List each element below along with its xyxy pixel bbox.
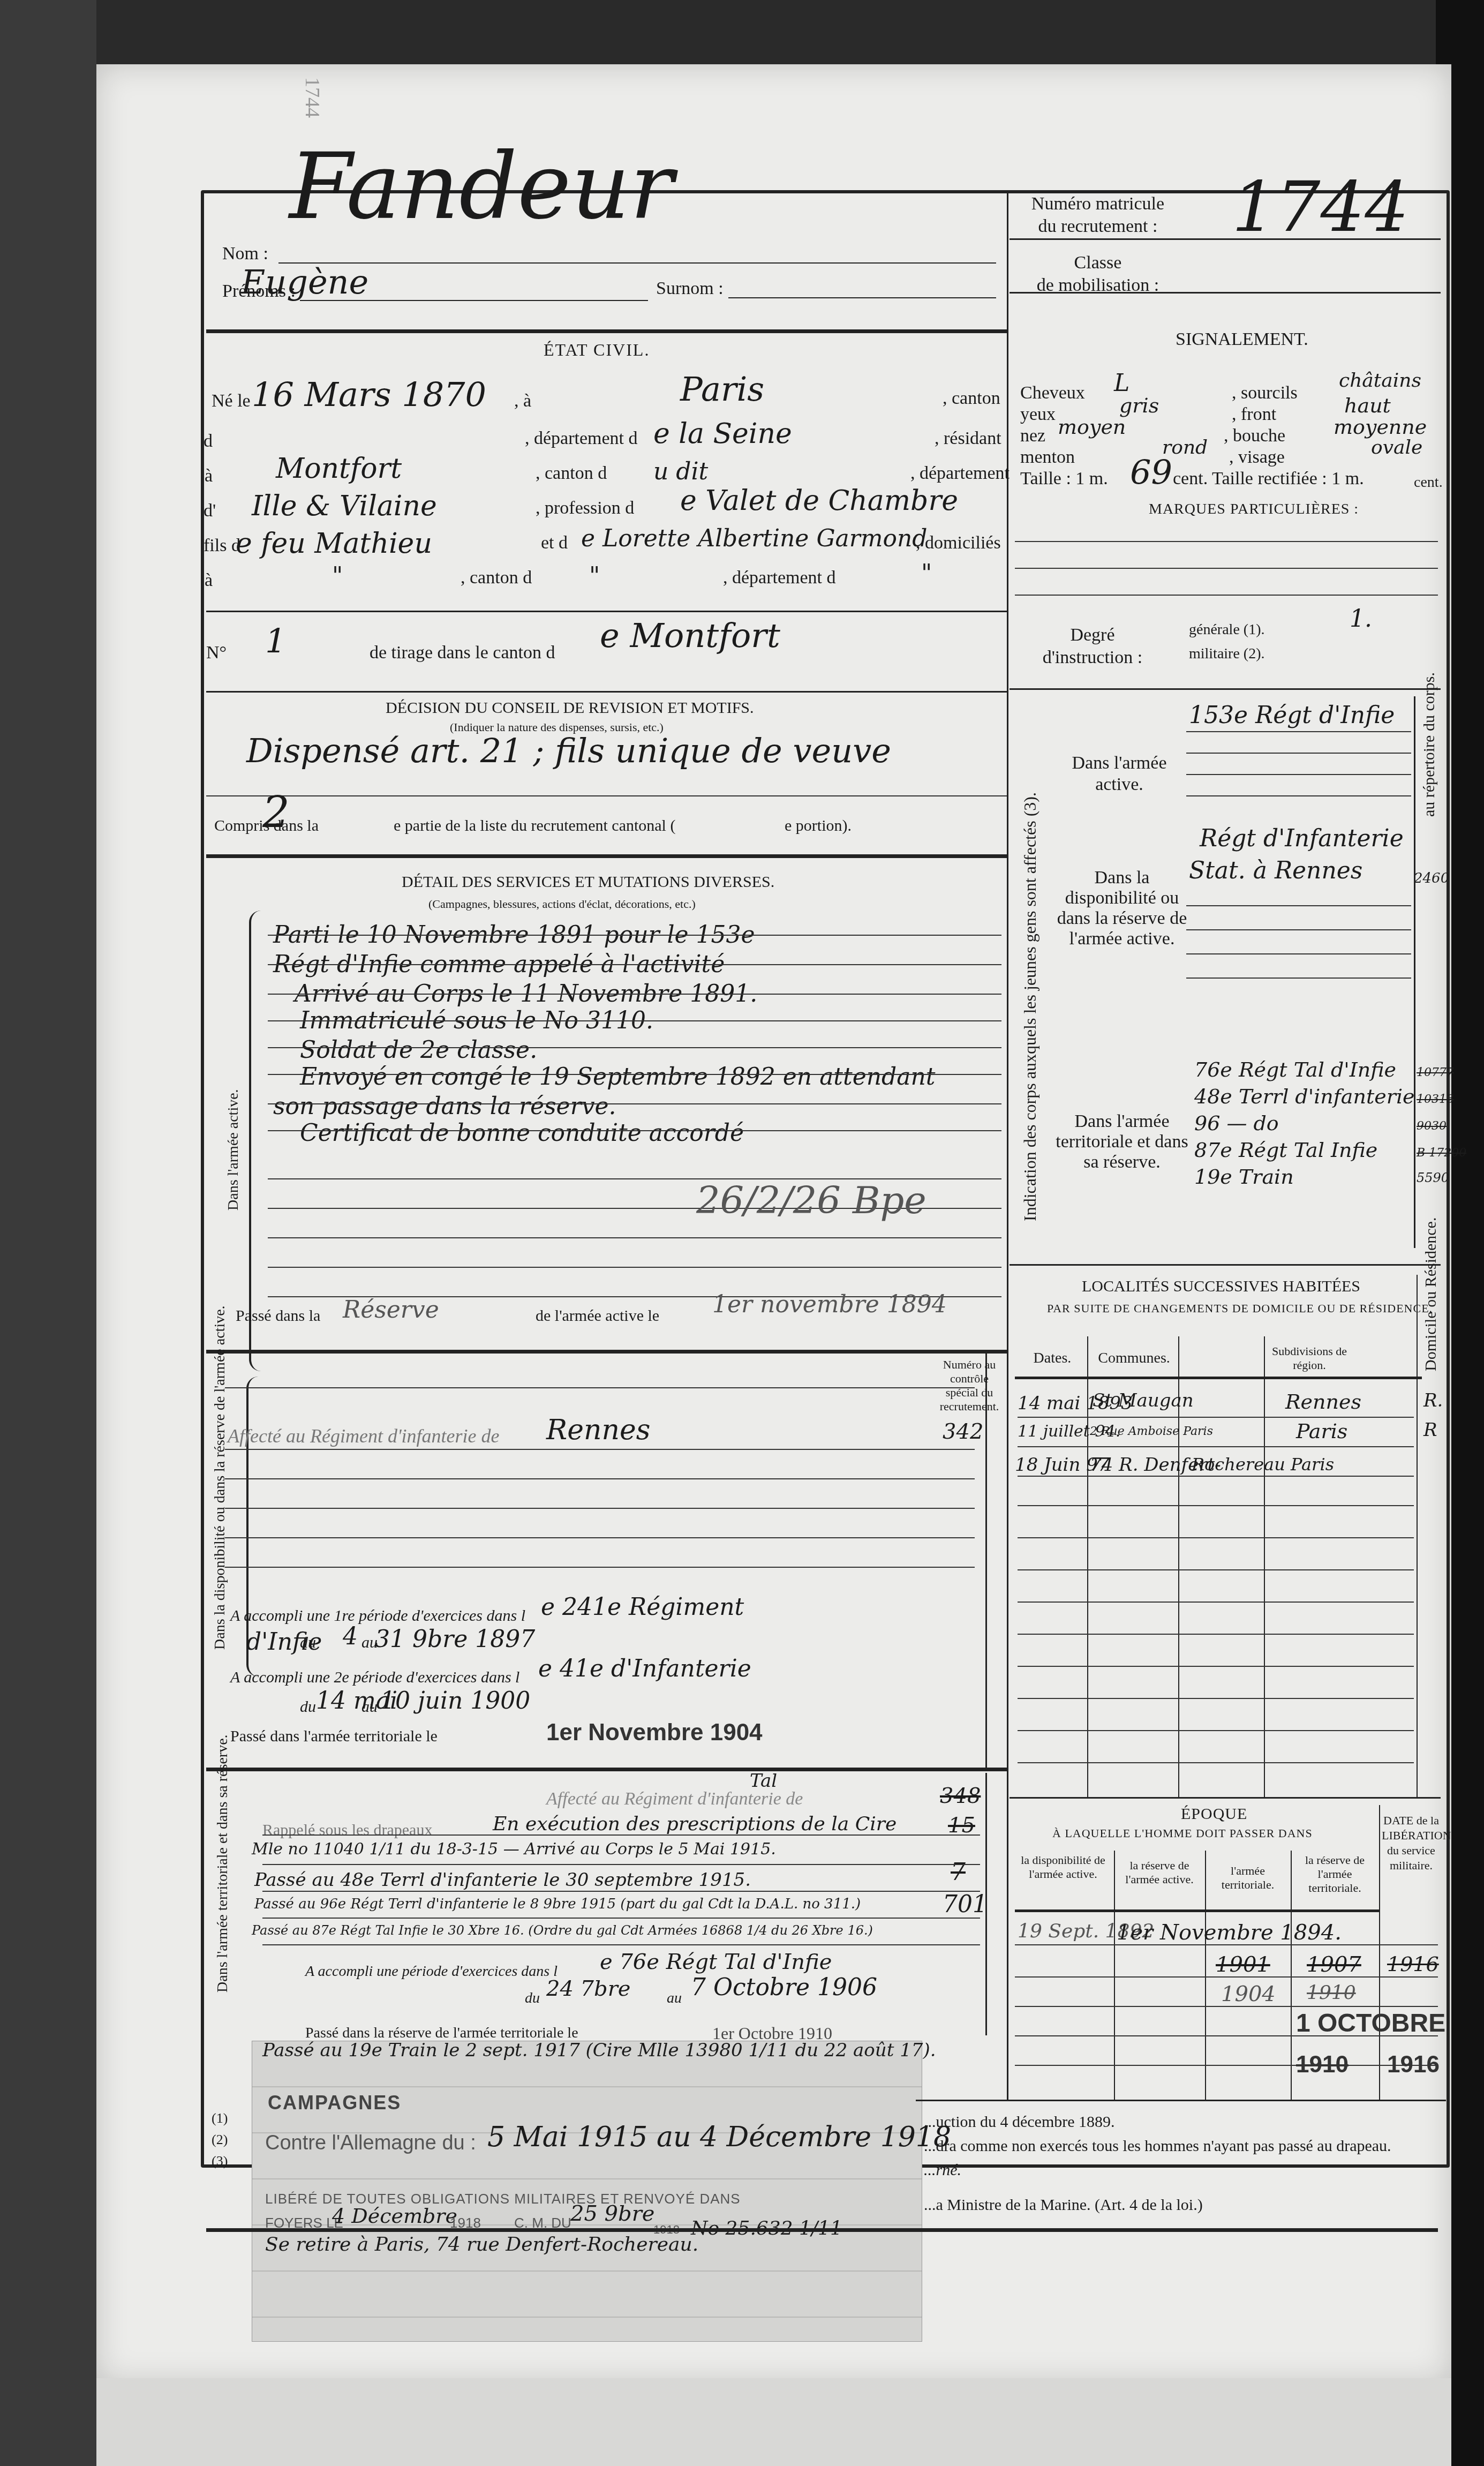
footnote-marker-2: (2) — [212, 2129, 233, 2151]
epoque-territoriale-value: 1904 — [1221, 1982, 1276, 2006]
localites-divider-top — [1010, 1264, 1441, 1266]
yeux-label: yeux — [1020, 404, 1056, 425]
taille-label: Taille : 1 m. — [1020, 469, 1108, 489]
periode2-value: e 41e d'Infanterie — [538, 1655, 751, 1682]
surnom-label: Surnom : — [656, 279, 724, 299]
epoque-reserve-terr-struck-0: 1907 — [1307, 1952, 1361, 1977]
localites-row-1-commune: 2 Rue Amboise Paris — [1090, 1425, 1213, 1438]
residant-label: , résidant — [935, 428, 1001, 449]
departement3-label: , département d — [723, 568, 836, 588]
services-line-5: Envoyé en congé le 19 Septembre 1892 en … — [300, 1063, 936, 1091]
cheveux-value: L — [1114, 370, 1129, 397]
localites-row-1-dr: R — [1423, 1419, 1437, 1441]
domicilies-label: , domiciliés — [916, 533, 1001, 553]
marques-line-2 — [1015, 568, 1438, 569]
yeux-value: gris — [1119, 394, 1159, 417]
matricule-label: Numéro matricule du recrutement : — [1018, 193, 1178, 238]
decision-title: DÉCISION DU CONSEIL DE REVISION ET MOTIF… — [386, 699, 754, 717]
nez-label: nez — [1020, 426, 1045, 446]
et-d-label: et d — [541, 533, 568, 553]
corps-line — [1186, 905, 1411, 906]
visage-label: , visage — [1229, 447, 1285, 468]
portion-label: e portion). — [785, 817, 852, 835]
terr-periode-au-label: au — [667, 1990, 682, 2007]
ne-le-label: Né le — [212, 391, 251, 411]
cent-label: cent. — [1414, 474, 1443, 491]
disponibilite-bottom-divider — [206, 1768, 1007, 1771]
localites-col-divider — [1417, 1275, 1418, 1797]
classe-divider — [1010, 292, 1441, 294]
liberation-header: DATE de la LIBÉRATION du service militai… — [1382, 1813, 1441, 1873]
terr-numero-3: 701 — [943, 1891, 988, 1918]
epoque-col-territoriale: l'armée territoriale. — [1208, 1864, 1288, 1892]
localites-row-line — [1018, 1634, 1414, 1635]
front-label: , front — [1232, 404, 1276, 425]
passe-reserve-date: 1er novembre 1894 — [712, 1291, 947, 1318]
sourcils-value: châtains — [1339, 370, 1421, 392]
corps-terr-entry-3: 87e Régt Tal Infie — [1194, 1138, 1377, 1162]
services-line — [268, 964, 1001, 965]
numero-column-divider — [1414, 696, 1415, 1248]
localites-subtitle: PAR SUITE DE CHANGEMENTS DE DOMICILE OU … — [1047, 1302, 1433, 1315]
signalement-title: SIGNALEMENT. — [1176, 329, 1308, 350]
localites-col-domicile: Domicile ou Résidence. — [1422, 1217, 1440, 1371]
corps-dispo-entry-1: Stat. à Rennes — [1189, 857, 1362, 884]
corps-terr-entry-0: 76e Régt Tal d'Infie — [1194, 1058, 1396, 1081]
services-line — [268, 1267, 1001, 1268]
footnote-line-3: ...a Ministre de la Marine. (Art. 4 de l… — [924, 2196, 1203, 2214]
footnote-marker-3: (3) — [212, 2151, 233, 2172]
terr-numero-2: 7 — [951, 1859, 966, 1886]
periode2-au: 10 juin 1900 — [380, 1687, 530, 1715]
footnote-line-2: ...rné. — [924, 2161, 961, 2179]
epoque-header-rule — [1015, 1909, 1379, 1912]
nom-label: Nom : — [222, 244, 268, 264]
epoque-row-line — [1015, 2035, 1438, 2036]
slip-contre-label: Contre l'Allemagne du : — [265, 2132, 476, 2155]
epoque-row-line — [1015, 1976, 1438, 1978]
localites-row-line — [1018, 1537, 1414, 1538]
a3-value: " — [332, 562, 343, 590]
slip-train-line: Passé au 19e Train le 2 sept. 1917 (Cire… — [262, 2040, 936, 2061]
localites-row-line — [1018, 1602, 1414, 1603]
nom-line — [278, 262, 996, 264]
services-line — [268, 1237, 1001, 1238]
taille-value: 69 — [1130, 453, 1172, 492]
a3-label: à — [205, 570, 213, 591]
matricule-label-2: du recrutement : — [1018, 215, 1178, 238]
epoque-territoriale-struck: 1901 — [1216, 1952, 1270, 1977]
slip-cm-value: 25 9bre — [570, 2201, 654, 2226]
territoriale-side-label: Dans l'armée territoriale et dans sa rés… — [214, 1734, 231, 1993]
corps-line — [1186, 753, 1411, 754]
tirage-canton-value: e Montfort — [600, 616, 780, 655]
terr-line-4: Passé au 87e Régt Tal Infie le 30 Xbre 1… — [252, 1923, 873, 1938]
page-bottom-edge — [96, 2378, 1451, 2466]
a2-label: à — [205, 466, 213, 486]
corps-terr-entry-4: 19e Train — [1194, 1165, 1294, 1189]
nom-value: Fandeur — [289, 134, 673, 240]
services-annotation: 26/2/26 Bpe — [696, 1178, 926, 1222]
services-line — [268, 935, 1001, 936]
liberation-struck: 1916 — [1387, 1952, 1439, 1976]
terr-line-3: Passé au 96e Régt Terrl d'infanterie le … — [254, 1896, 861, 1912]
decision-value: Dispensé art. 21 ; fils unique de veuve — [246, 731, 891, 770]
instruction-divider — [1015, 595, 1438, 596]
services-line — [268, 1047, 1001, 1048]
corps-affectes-vertical-label: Indication des corps auxquels les jeunes… — [1020, 792, 1040, 1221]
services-line — [268, 1130, 1001, 1131]
slip-foyers-value: 4 Décembre — [332, 2204, 457, 2228]
canton3-label: , canton d — [461, 568, 532, 588]
slip-contre-value: 5 Mai 1915 au 4 Décembre 1918 — [487, 2121, 951, 2153]
localites-row-line — [1018, 1569, 1414, 1570]
terr-periode-label: A accompli une période d'exercices dans … — [305, 1963, 558, 1980]
terr-line-1: Mle no 11040 1/11 du 18-3-15 — Arrivé au… — [252, 1840, 776, 1859]
prenoms-value: Eugène — [241, 262, 368, 302]
dispo-line — [225, 1508, 975, 1509]
localites-row-line — [1018, 1476, 1414, 1477]
terr-periode-au: 7 Octobre 1906 — [691, 1974, 877, 2001]
corps-dispo-number-0: 2460 — [1414, 870, 1449, 886]
passe-territoriale-label: Passé dans l'armée territoriale le — [230, 1727, 438, 1746]
dispo-affecte-label: Affecté au Régiment d'infanterie de — [228, 1425, 500, 1447]
epoque-reserve-active-value: 1er Novembre 1894. — [1117, 1920, 1342, 1945]
dispo-line — [225, 1537, 975, 1538]
numero-repertoire-label: au répertoire du corps. — [1420, 672, 1438, 817]
epoque-reserve-terr-struck-1: 1910 — [1307, 1982, 1356, 2004]
terr-periode-value: e 76e Régt Tal d'Infie — [600, 1950, 832, 1974]
corps-line — [1186, 978, 1411, 979]
terr-line — [262, 1835, 980, 1836]
epoque-row-line — [1015, 2006, 1438, 2007]
tirage-divider-top — [206, 611, 1007, 612]
services-line-4: Soldat de 2e classe. — [300, 1036, 537, 1064]
etat-civil-title: ÉTAT CIVIL. — [544, 340, 650, 360]
d2-label: d' — [204, 501, 216, 521]
corps-line — [1186, 953, 1411, 954]
services-line — [268, 994, 1001, 995]
generale-value: 1. — [1350, 605, 1372, 633]
profession-label: , profession d — [536, 498, 634, 518]
canton-label: , canton — [943, 388, 1000, 409]
matricule-value: 1744 — [1232, 166, 1409, 247]
degre-label: Degré d'instruction : — [1028, 624, 1157, 669]
terr-rappele-label: Rappelé sous les drapeaux — [262, 1821, 432, 1839]
corps-terr-number-1: 10313 — [1417, 1093, 1454, 1106]
taille-rect-label: cent. Taille rectifiée : 1 m. — [1173, 469, 1364, 489]
localites-row-0-subdivision: Rennes — [1285, 1390, 1361, 1414]
compris-value: 2 — [262, 787, 290, 837]
front-value: haut — [1344, 394, 1391, 417]
marques-label: MARQUES PARTICULIÈRES : — [1149, 501, 1359, 518]
terr-line-0: En exécution des prescriptions de la Cir… — [493, 1813, 897, 1835]
corps-terr-entry-2: 96 — do — [1194, 1111, 1279, 1135]
degre-label-1: Degré — [1028, 624, 1157, 646]
epoque-divider-top — [1010, 1797, 1441, 1799]
marques-line-1 — [1015, 541, 1438, 542]
corps-territoriale-label: Dans l'armée territoriale et dans sa rés… — [1050, 1111, 1194, 1172]
corps-dispo-label: Dans la disponibilité ou dans la réserve… — [1050, 868, 1194, 949]
localites-row-2-subdivision: Rochereau Paris — [1192, 1454, 1334, 1475]
profession-value: e Valet de Chambre — [680, 485, 958, 517]
epoque-col-disponibilite: la disponibilité de l'armée active. — [1015, 1853, 1111, 1881]
passe-reserve-mid: de l'armée active le — [536, 1307, 659, 1325]
pere-value: e feu Mathieu — [236, 528, 432, 560]
departement2-label: , département — [910, 463, 1010, 484]
sourcils-label: , sourcils — [1232, 383, 1298, 403]
epoque-col-divider — [1379, 1805, 1380, 2100]
corps-terr-number-2: 9030 — [1417, 1119, 1447, 1133]
services-subtitle: (Campagnes, blessures, actions d'éclat, … — [428, 897, 696, 911]
menton-label: menton — [1020, 447, 1075, 468]
slip-retire-value: Se retire à Paris, 74 rue Denfert-Rocher… — [265, 2234, 698, 2256]
localites-col-divider — [1264, 1336, 1265, 1797]
numero-controle-header: Numéro au contrôle spécial du recrutemen… — [935, 1358, 1004, 1414]
dispo-line — [225, 1449, 975, 1450]
footnote-marker-1: (1) — [212, 2108, 233, 2129]
dispo-line — [225, 1478, 975, 1479]
classe-label-1: Classe — [1018, 252, 1178, 274]
terr-line — [262, 1944, 980, 1945]
degre-label-2: d'instruction : — [1028, 646, 1157, 669]
epoque-row-line — [1015, 1944, 1438, 1945]
tirage-no-label: N° — [206, 643, 227, 663]
localites-row-1-subdivision: Paris — [1296, 1419, 1347, 1443]
localites-row-0-dr: R. — [1423, 1390, 1443, 1411]
services-line-6: son passage dans la réserve. — [273, 1093, 616, 1120]
periode1-du-label: du — [300, 1634, 316, 1652]
terr-affecte-label: Affecté au Régiment d'infanterie de — [546, 1789, 803, 1809]
services-title: DÉTAIL DES SERVICES ET MUTATIONS DIVERSE… — [402, 873, 774, 891]
epoque-row-line — [1015, 2065, 1438, 2066]
tirage-label: de tirage dans le canton d — [370, 643, 555, 663]
corps-terr-number-3: B 17200 — [1417, 1146, 1466, 1160]
tirage-no-value: 1 — [265, 621, 286, 660]
corps-line — [1186, 795, 1411, 796]
services-side-label: Dans l'armée active. — [225, 1089, 242, 1211]
localites-title: LOCALITÉS SUCCESSIVES HABITÉES — [1082, 1277, 1360, 1296]
epoque-title: ÉPOQUE — [1181, 1805, 1247, 1823]
passe-reserve-label: Passé dans la — [236, 1307, 320, 1325]
terr-numero-0: 348 — [940, 1784, 981, 1808]
terr-line-2: Passé au 48e Terrl d'infanterie le 30 se… — [254, 1869, 751, 1891]
militaire-label: militaire (2). — [1189, 645, 1265, 663]
terr-periode-du: 24 7bre — [546, 1976, 630, 2001]
localites-row-line — [1018, 1762, 1414, 1763]
margin-pencil-number: 1744 — [300, 77, 324, 118]
periode1-du: 4 — [343, 1623, 358, 1650]
services-line — [268, 1020, 1001, 1021]
terr-periode-du-label: du — [525, 1990, 540, 2007]
localites-row-line — [1018, 1666, 1414, 1667]
epoque-col-divider — [1205, 1851, 1206, 2100]
corps-terr-number-0: 10777 — [1417, 1066, 1454, 1079]
matricule-label-1: Numéro matricule — [1018, 193, 1178, 215]
services-line — [268, 1103, 1001, 1104]
generale-label: générale (1). — [1189, 621, 1264, 638]
localites-row-line — [1018, 1698, 1414, 1699]
localites-col-subdivisions: Subdivisions de région. — [1269, 1344, 1350, 1372]
services-line-7: Certificat de bonne conduite accordé — [300, 1119, 744, 1147]
departement-label: , département d — [525, 428, 638, 449]
dispo-line — [225, 1567, 975, 1568]
localites-row-line — [1018, 1505, 1414, 1506]
bouche-value: moyenne — [1334, 415, 1427, 439]
surnom-line — [728, 297, 996, 298]
terr-line — [262, 1891, 980, 1892]
disponibilite-side-label: Dans la disponibilité ou dans la réserve… — [212, 1305, 229, 1650]
form-bottom-rule — [206, 2228, 1438, 2232]
periode1-label: A accompli une 1re période d'exercices d… — [230, 1607, 525, 1625]
visage-value: ovale — [1371, 437, 1422, 458]
periode2-au-label: au — [361, 1698, 378, 1716]
departement3-value: " — [921, 560, 932, 587]
periode1-au: 31 9bre 1897 — [375, 1626, 535, 1653]
footnote-line-0: ...uction du 4 décembre 1889. — [924, 2113, 1115, 2131]
lieu-value: Paris — [680, 370, 764, 409]
dispo-affecte-value: Rennes — [546, 1414, 650, 1446]
decision-divider-top — [206, 691, 1007, 693]
dispo-line — [225, 1387, 975, 1388]
periode1-value: e 241e Régiment — [541, 1593, 744, 1621]
corps-terr-entry-1: 48e Terrl d'infanterie — [1194, 1085, 1415, 1108]
epoque-reserve-terr-stamp: 1 OCTOBRE — [1296, 2009, 1445, 2038]
terr-line — [262, 1864, 980, 1865]
decision-bottom-divider — [206, 854, 1007, 858]
cheveux-label: Cheveux — [1020, 383, 1085, 403]
corps-line — [1186, 731, 1411, 732]
canton3-value: " — [589, 562, 600, 590]
localites-header-rule — [1015, 1377, 1422, 1379]
canton-value: u dit — [653, 458, 708, 485]
localites-row-line — [1018, 1417, 1414, 1418]
epoque-col-divider — [1114, 1851, 1115, 2100]
prenoms-line — [300, 300, 648, 301]
corps-active-entry-0: 153e Régt d'Infie — [1189, 702, 1395, 729]
passe-reserve-value: Réserve — [343, 1296, 439, 1324]
services-bottom-divider — [206, 1350, 1007, 1354]
bouche-label: , bouche — [1224, 426, 1285, 446]
corps-line — [1186, 774, 1411, 775]
terr-line — [262, 1918, 980, 1919]
numero-controle-value: 342 — [943, 1419, 983, 1444]
partie-label: e partie de la liste du recrutement cant… — [394, 817, 675, 835]
canton-d-label: , canton d — [536, 463, 607, 484]
departement-value: e la Seine — [653, 418, 792, 450]
localites-row-line — [1018, 1446, 1414, 1447]
footnote-line-1: ...dra comme non exercés tous les hommes… — [924, 2137, 1391, 2155]
corps-dispo-entry-0: Régt d'Infanterie — [1200, 825, 1404, 852]
departement2-value: Ille & Vilaine — [252, 490, 437, 522]
passe-territoriale-value: 1er Novembre 1904 — [546, 1719, 763, 1746]
fils-label: fils d — [204, 536, 240, 556]
residence-value: Montfort — [276, 453, 402, 485]
localites-row-0-commune: St Maugan — [1093, 1390, 1194, 1411]
mere-value: e Lorette Albertine Garmond — [581, 525, 928, 552]
footnote-markers: (1) (2) (3) — [212, 2108, 233, 2172]
terr-affecte-note: Tal — [750, 1770, 777, 1792]
ne-le-value: 16 Mars 1870 — [252, 375, 486, 414]
epoque-col-divider — [1291, 1851, 1292, 2100]
header-divider — [206, 329, 1007, 333]
d-label: d — [204, 431, 213, 452]
classe-label: Classe de mobilisation : — [1018, 252, 1178, 297]
periode2-label: A accompli une 2e période d'exercices da… — [230, 1668, 519, 1687]
scan-background-left — [0, 0, 96, 2466]
epoque-subtitle: À LAQUELLE L'HOMME DOIT PASSER DANS — [1052, 1826, 1313, 1840]
footnotes-divider — [916, 2100, 1446, 2101]
a-label: , à — [514, 391, 531, 411]
localites-row-line — [1018, 1730, 1414, 1731]
nez-value: moyen — [1058, 415, 1126, 439]
epoque-col-reserve-active: la réserve de l'armée active. — [1117, 1859, 1202, 1886]
epoque-col-reserve-territoriale: la réserve de l'armée territoriale. — [1293, 1853, 1376, 1895]
corps-line — [1186, 929, 1411, 930]
services-line — [268, 1074, 1001, 1075]
corps-active-label: Dans l'armée active. — [1050, 753, 1189, 795]
localites-col-communes: Communes. — [1090, 1350, 1178, 1367]
corps-terr-number-4: 5590 — [1417, 1170, 1449, 1185]
decision-line — [206, 795, 1007, 796]
periode2-du-label: du — [300, 1698, 316, 1716]
matricule-divider — [1010, 238, 1441, 240]
services-brace — [249, 911, 261, 1371]
slip-campagnes-label: CAMPAGNES — [268, 2092, 401, 2114]
localites-col-dates: Dates. — [1018, 1350, 1087, 1367]
instruction-bottom-divider — [1010, 688, 1441, 690]
